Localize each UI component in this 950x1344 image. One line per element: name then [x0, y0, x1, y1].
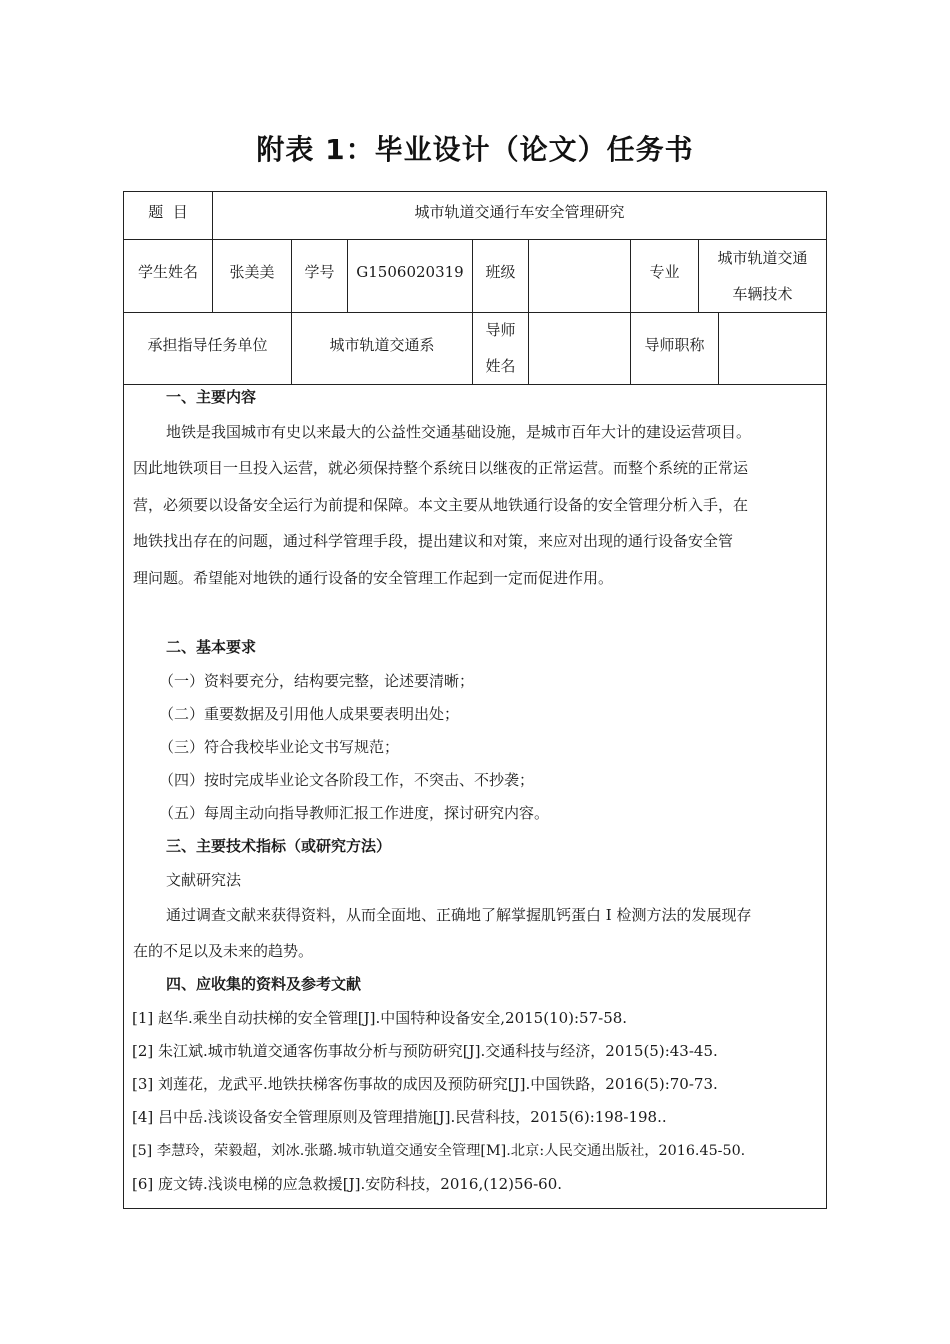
reference-item: [3] 刘莲花，龙武平.地铁扶梯客伤事故的成因及预防研究[J].中国铁路，201… [132, 1073, 718, 1094]
page-title: 附表 1：毕业设计（论文）任务书 [0, 128, 950, 168]
reference-item: [4] 吕中岳.浅谈设备安全管理原则及管理措施[J].民营科技，2015(6):… [132, 1106, 667, 1127]
advisor-name-label: 导师 姓名 [473, 312, 528, 384]
main-content-line: 地铁是我国城市有史以来最大的公益性交通基础设施，是城市百年大计的建设运营项目。 [166, 421, 751, 442]
main-content-line: 因此地铁项目一旦投入运营，就必须保持整个系统日以继夜的正常运营。而整个系统的正常… [133, 457, 748, 478]
advisor-name-label-line1: 导师 [485, 312, 515, 348]
student-name-value: 张美美 [213, 239, 291, 305]
student-id-label: 学号 [292, 239, 347, 305]
section-heading-main-content: 一、主要内容 [133, 386, 256, 407]
student-id-value: G1506020319 [348, 239, 472, 305]
technical-indicators-line: 在的不足以及未来的趋势。 [133, 940, 313, 961]
requirement-item: （二）重要数据及引用他人成果要表明出处； [159, 703, 459, 724]
reference-item: [1] 赵华.乘坐自动扶梯的安全管理[J].中国特种设备安全,2015(10):… [132, 1007, 627, 1028]
advisor-name-value [529, 312, 630, 378]
section-heading-basic-requirements: 二、基本要求 [133, 636, 256, 657]
technical-indicators-line: 通过调查文献来获得资料，从而全面地、正确地了解掌握肌钙蛋白 I 检测方法的发展现… [166, 904, 751, 925]
reference-item: [2] 朱江斌.城市轨道交通客伤事故分析与预防研究[J].交通科技与经济，201… [132, 1040, 718, 1061]
main-content-line: 理问题。希望能对地铁的通行设备的安全管理工作起到一定而促进作用。 [133, 567, 613, 588]
major-value-line1: 城市轨道交通 [717, 240, 807, 276]
major-value: 城市轨道交通 车辆技术 [699, 239, 826, 312]
major-value-line2: 车辆技术 [732, 276, 792, 312]
requirement-item: （五）每周主动向指导教师汇报工作进度，探讨研究内容。 [159, 802, 549, 823]
reference-item: [5] 李慧玲，荣毅超，刘冰.张璐.城市轨道交通安全管理[M].北京:人民交通出… [132, 1140, 745, 1160]
row-divider [124, 384, 826, 385]
unit-label: 承担指导任务单位 [124, 312, 291, 378]
topic-label: 题 目 [124, 192, 212, 232]
requirement-item: （四）按时完成毕业论文各阶段工作，不突击、不抄袭； [159, 769, 534, 790]
class-label: 班级 [473, 239, 528, 305]
requirement-item: （三）符合我校毕业论文书写规范； [159, 736, 399, 757]
requirement-item: （一）资料要充分，结构要完整，论述要清晰； [159, 670, 474, 691]
main-content-line: 营，必须要以设备安全运行为前提和保障。本文主要从地铁通行设备的安全管理分析入手，… [133, 494, 748, 515]
reference-item: [6] 庞文铸.浅谈电梯的应急救援[J].安防科技，2016,(12)56-60… [132, 1173, 562, 1194]
section-heading-references: 四、应收集的资料及参考文献 [133, 973, 361, 994]
advisor-title-label: 导师职称 [631, 312, 718, 378]
unit-value: 城市轨道交通系 [292, 312, 472, 378]
advisor-title-value [719, 312, 826, 378]
class-value [529, 239, 630, 305]
research-method: 文献研究法 [166, 869, 241, 890]
main-content-line: 地铁找出存在的问题，通过科学管理手段，提出建议和对策，来应对出现的通行设备安全管 [133, 530, 733, 551]
section-heading-technical-indicators: 三、主要技术指标（或研究方法） [133, 835, 391, 856]
topic-value: 城市轨道交通行车安全管理研究 [213, 192, 826, 232]
major-label: 专业 [631, 239, 698, 305]
student-name-label: 学生姓名 [124, 239, 212, 305]
advisor-name-label-line2: 姓名 [485, 348, 515, 384]
